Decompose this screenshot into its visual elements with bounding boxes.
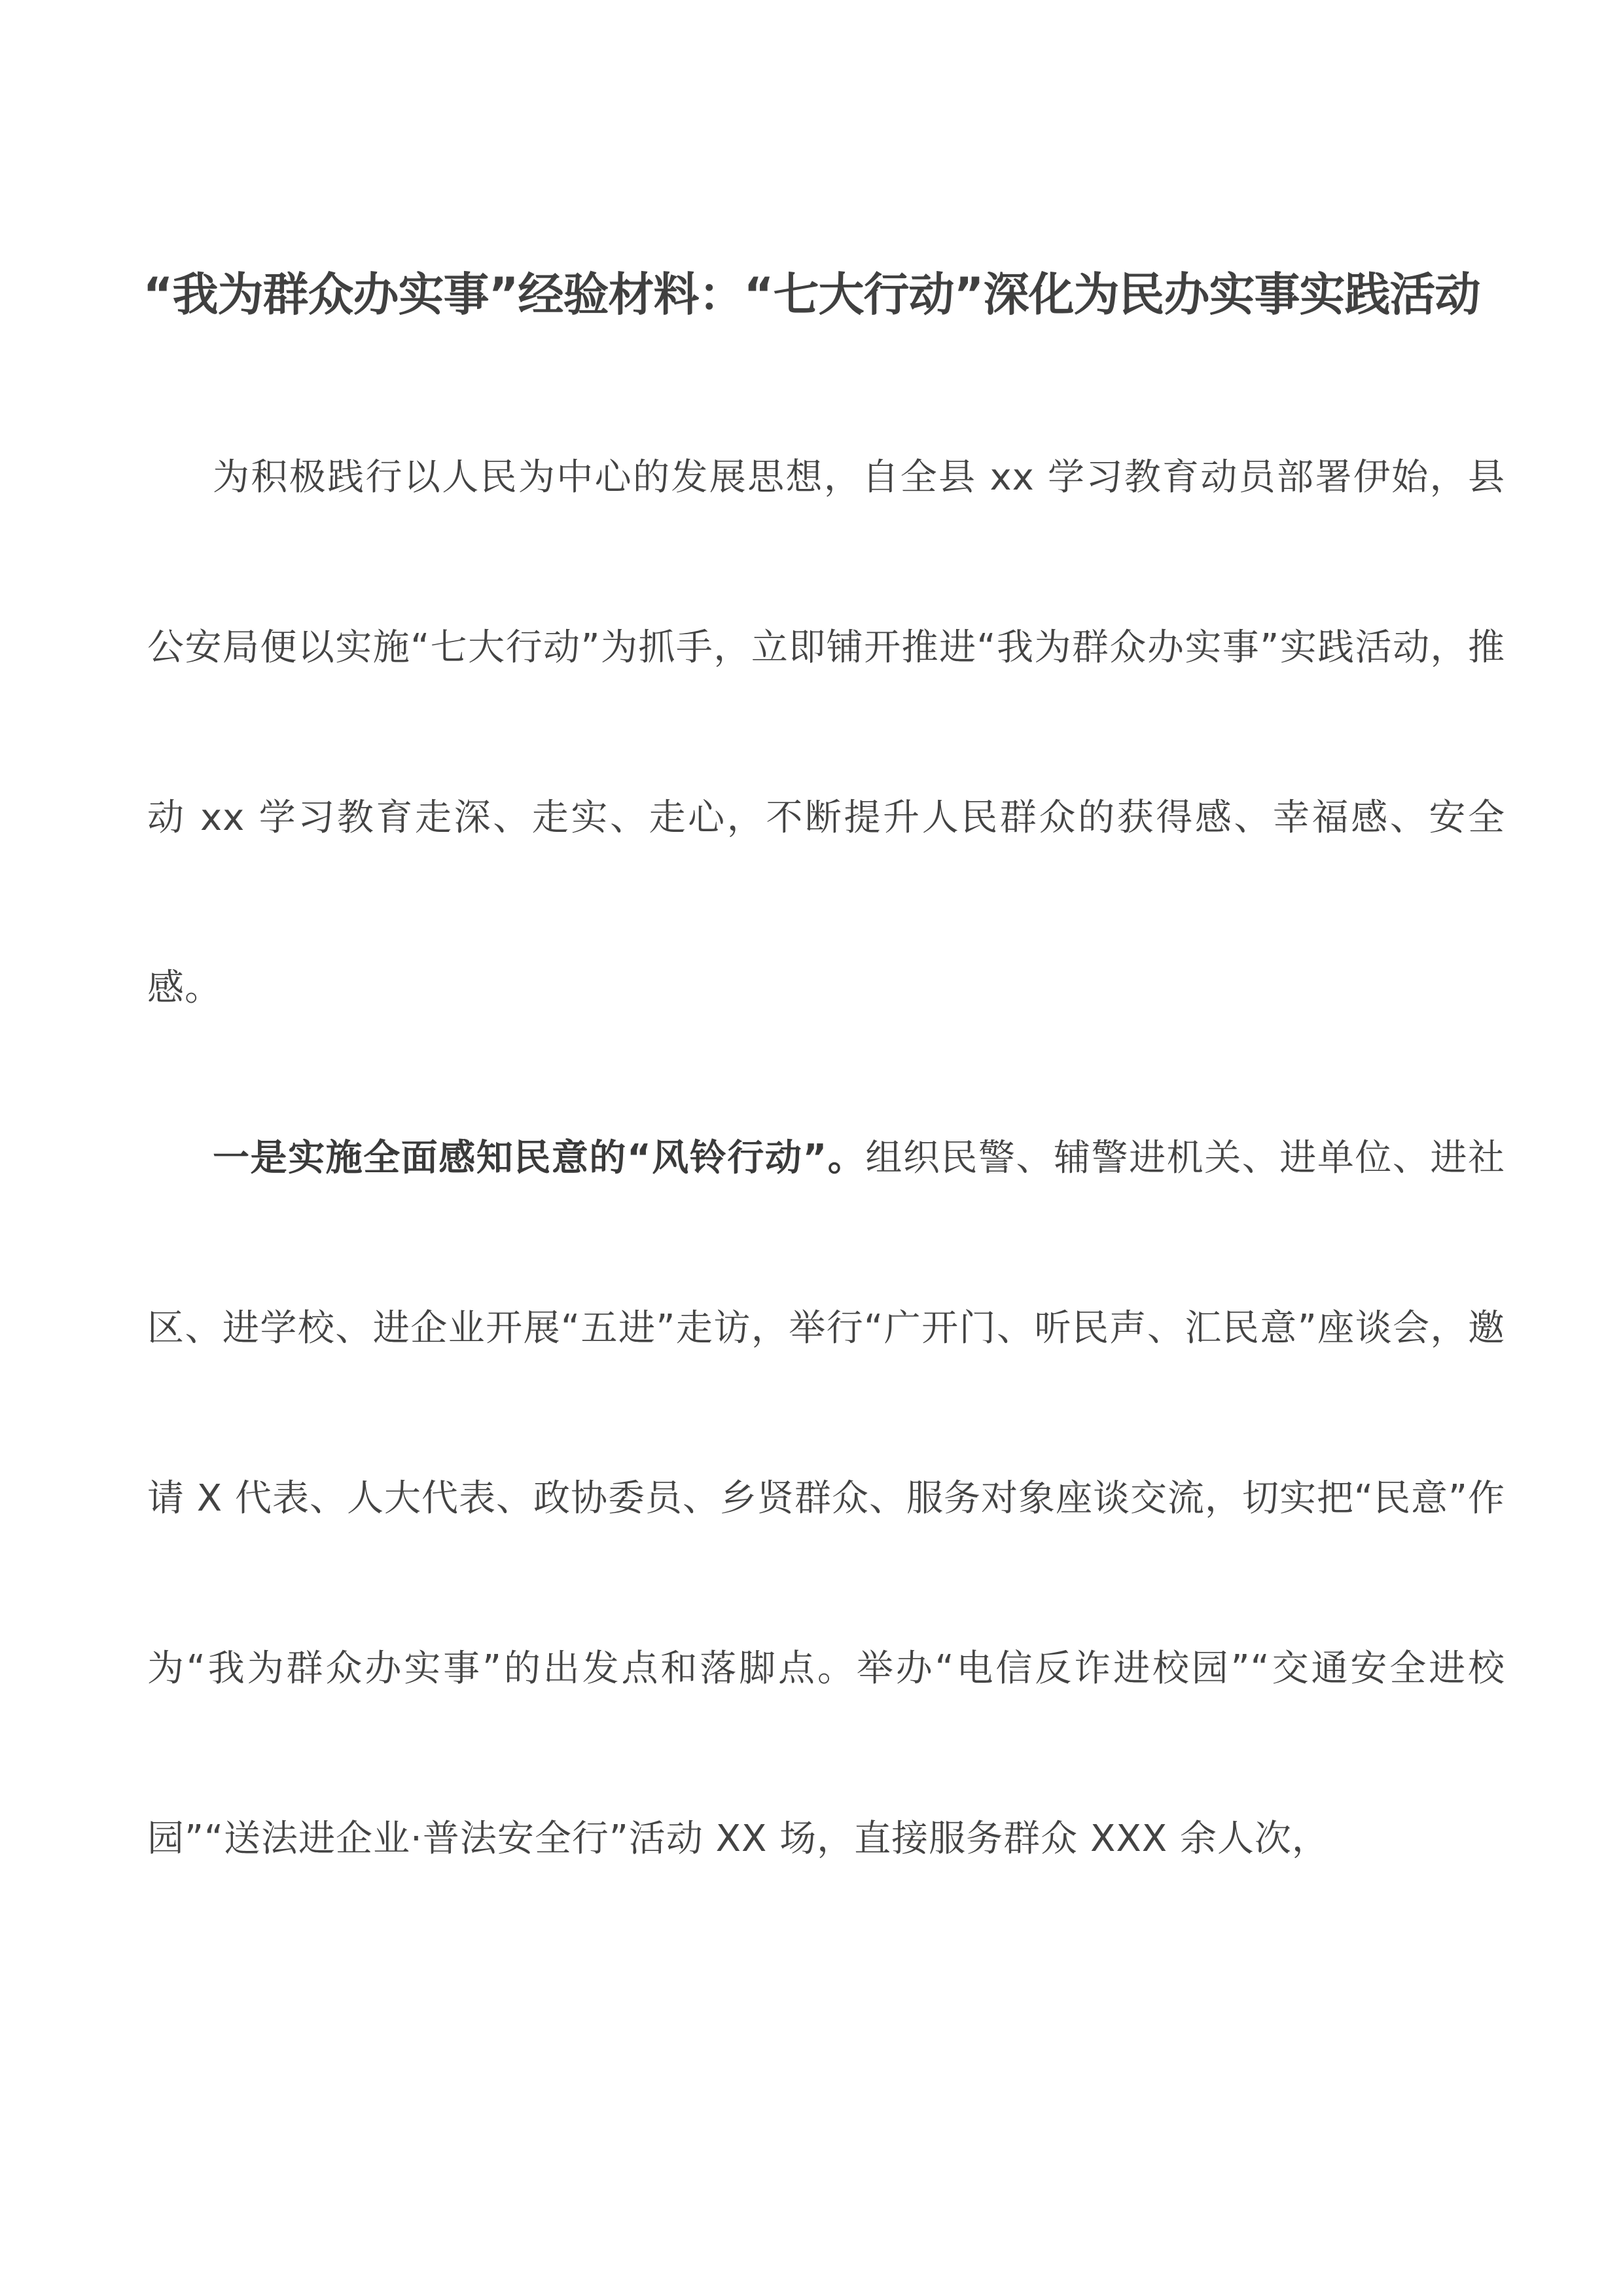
paragraph-text: 为积极践行以人民为中心的发展思想，自全县 xx 学习教育动员部署伊始，县公安局便… — [147, 456, 1505, 1009]
document-title: “我为群众办实事”经验材料：“七大行动”深化为民办实事实践活动 — [0, 262, 1623, 327]
paragraph-text: 组织民警、辅警进机关、进单位、进社区、进学校、进企业开展“五进”走访，举行“广开… — [147, 1137, 1505, 1860]
paragraph-action-one: 一是实施全面感知民意的“风铃行动”。组织民警、辅警进机关、进单位、进社区、进学校… — [147, 1073, 1505, 1924]
paragraph-lead-heading: 一是实施全面感知民意的“风铃行动”。 — [213, 1137, 865, 1179]
paragraph-intro: 为积极践行以人民为中心的发展思想，自全县 xx 学习教育动员部署伊始，县公安局便… — [147, 393, 1505, 1073]
